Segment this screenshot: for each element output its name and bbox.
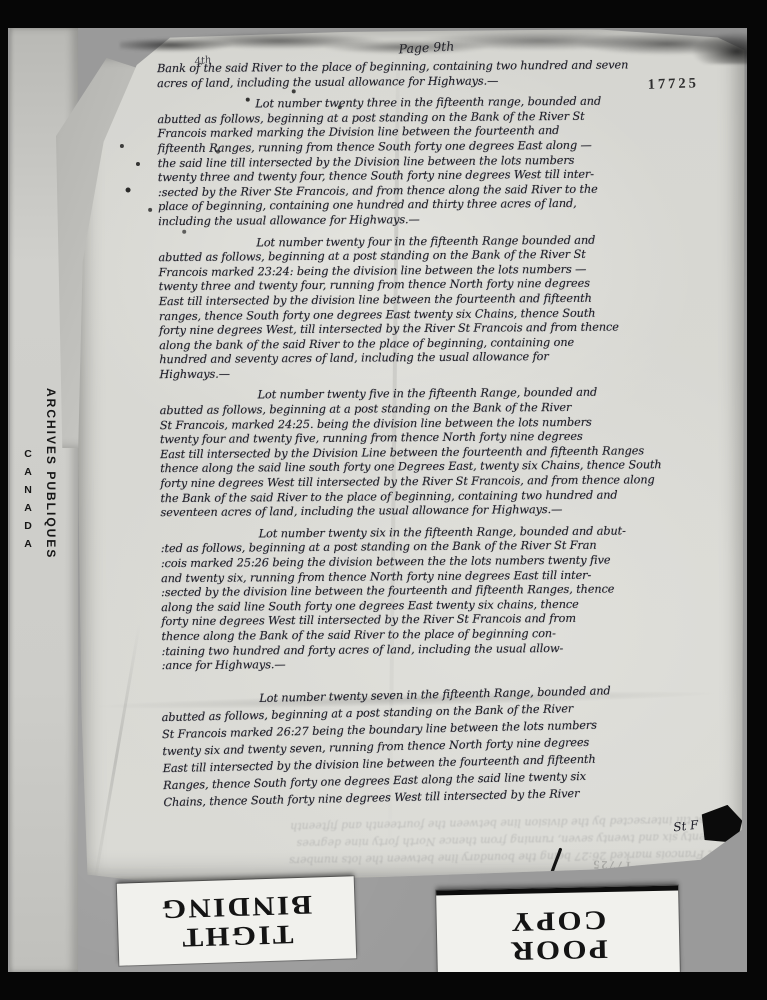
manuscript-paragraph: Lot number twenty five in the fifteenth … [160,385,736,521]
film-border-top [0,0,767,28]
microfilm-scan: ARCHIVES PUBLIQUES CANADA 4th Page 9th 1… [0,0,767,1000]
manuscript-paragraph: Lot number twenty six in the fifteenth R… [161,523,737,673]
tight-binding-word1: TIGHT [180,919,294,953]
diagonal-crease [92,623,141,890]
archives-strip-subtitle: CANADA [22,448,34,556]
film-border-right [747,0,767,1000]
poor-copy-word2: COPY [509,905,607,937]
tight-binding-label-text: TIGHTBINDING [159,889,313,952]
manuscript-text: Bank of the said River to the place of b… [157,58,738,814]
manuscript-line: :ance for Highways.— [162,655,737,674]
film-border-left [0,0,8,1000]
poor-copy-label-text: POORCOPY [508,905,608,965]
poor-copy-word1: POOR [509,935,609,967]
tight-binding-word2: BINDING [159,890,312,925]
torn-edge-shadow [120,22,756,64]
archives-strip-title: ARCHIVES PUBLIQUES [44,388,58,559]
manuscript-line: seventeen acres of land, including the u… [160,502,735,521]
manuscript-paragraph: Lot number twenty three in the fifteenth… [157,94,733,230]
tight-binding-label: TIGHTBINDING [117,876,356,965]
manuscript-paragraph: Lot number twenty four in the fifteenth … [158,232,734,382]
manuscript-paragraph: Lot number twenty seven in the fifteenth… [161,679,738,811]
bleed-through-text: St Francois marked 26:27 being the bound… [139,811,720,871]
film-border-bottom [0,972,767,1000]
catchword: St F [673,818,700,835]
manuscript-page: 4th Page 9th 17725 Bank of the said Rive… [77,29,748,883]
poor-copy-label: POORCOPY [436,885,680,980]
